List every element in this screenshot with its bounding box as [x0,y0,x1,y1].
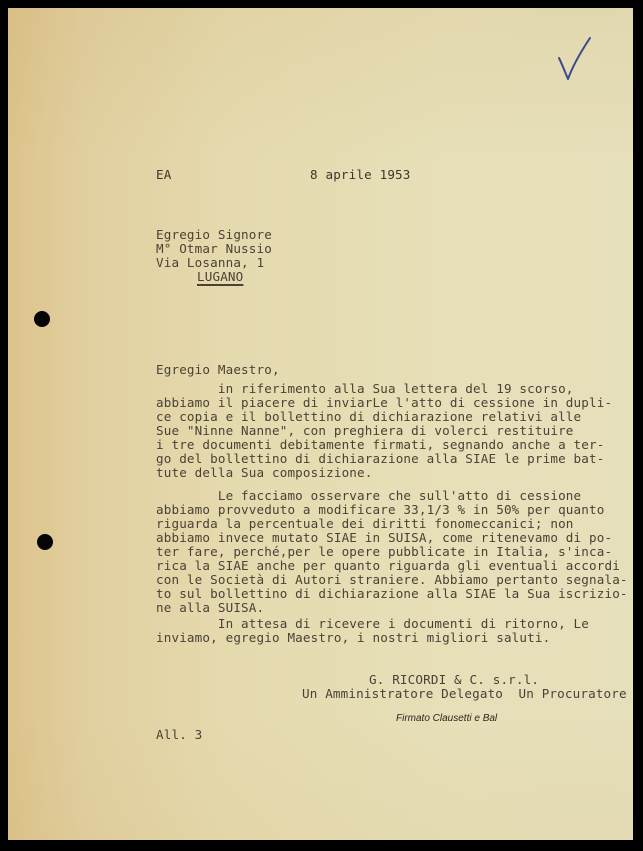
signature-stamp: Firmato Clausetti e Bal [396,713,497,724]
text-line: riguarda la percentuale dei diritti fono… [156,517,574,531]
checkmark-icon [556,34,596,84]
text-line: in riferimento alla Sua lettera del 19 s… [156,382,574,396]
enclosures: All. 3 [156,728,202,742]
text-line: In attesa di ricevere i documenti di rit… [156,617,589,631]
text-line: go del bollettino di dichiarazione alla … [156,452,604,466]
reference-code: EA [156,168,171,182]
text-line: ne alla SUISA. [156,601,264,615]
punch-hole-bottom [37,534,53,550]
text-line: abbiamo provveduto a modificare 33,1/3 %… [156,503,604,517]
recipient-city: LUGANO [197,270,243,284]
text-line: Le facciamo osservare che sull'atto di c… [156,489,581,503]
text-line: rica la SIAE anche per quanto riguarda g… [156,559,620,573]
punch-hole-top [34,311,50,327]
company-name: G. RICORDI & C. s.r.l. [369,673,539,687]
greeting: Egregio Maestro, [156,363,280,377]
text-line: i tre documenti debitamente firmati, seg… [156,438,604,452]
text-line: abbiamo il piacere di inviarLe l'atto di… [156,396,612,410]
letter-date: 8 aprile 1953 [310,168,411,182]
signatory-titles: Un Amministratore Delegato Un Procurator… [302,687,627,701]
text-line: tute della Sua composizione. [156,466,373,480]
recipient-name: M° Otmar Nussio [156,242,272,256]
text-line: ce copia e il bollettino di dichiarazion… [156,410,581,424]
text-line: con le Società di Autori straniere. Abbi… [156,573,628,587]
text-line: inviamo, egregio Maestro, i nostri migli… [156,631,550,645]
text-line: Sue "Ninne Nanne", con preghiera di vole… [156,424,574,438]
text-line: abbiamo invece mutato SIAE in SUISA, com… [156,531,612,545]
recipient-street: Via Losanna, 1 [156,256,264,270]
text-line: ter fare, perché,per le opere pubblicate… [156,545,612,559]
recipient-salutation: Egregio Signore [156,228,272,242]
text-line: to sul bollettino di dichiarazione alla … [156,587,628,601]
